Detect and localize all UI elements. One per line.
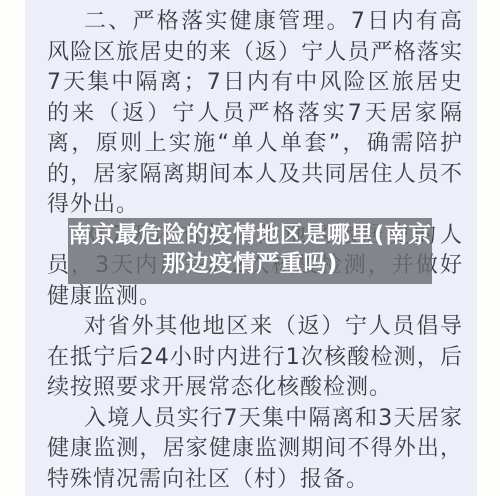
right-margin: [477, 0, 500, 496]
article-paragraph: 对省外其他地区来（返）宁人员倡导在抵宁后24小时内进行1次核酸检测，后续按照要求…: [47, 312, 463, 404]
article-page: 二、严格落实健康管理。7日内有高风险区旅居史的来（返）宁人员严格落实7天集中隔离…: [0, 0, 500, 496]
overlay-title-banner: 南京最危险的疫情地区是哪里(南京 那边疫情严重吗): [68, 218, 432, 284]
article-paragraph: 二、严格落实健康管理。7日内有高风险区旅居史的来（返）宁人员严格落实7天集中隔离…: [47, 7, 463, 221]
overlay-title-line1: 南京最危险的疫情地区是哪里(南京: [68, 221, 432, 250]
left-margin: [0, 0, 25, 496]
article-paragraph: 入境人员实行7天集中隔离和3天居家健康监测，居家健康监测期间不得外出，特殊情况需…: [47, 404, 463, 496]
overlay-title-line2: 那边疫情严重吗): [68, 250, 432, 279]
